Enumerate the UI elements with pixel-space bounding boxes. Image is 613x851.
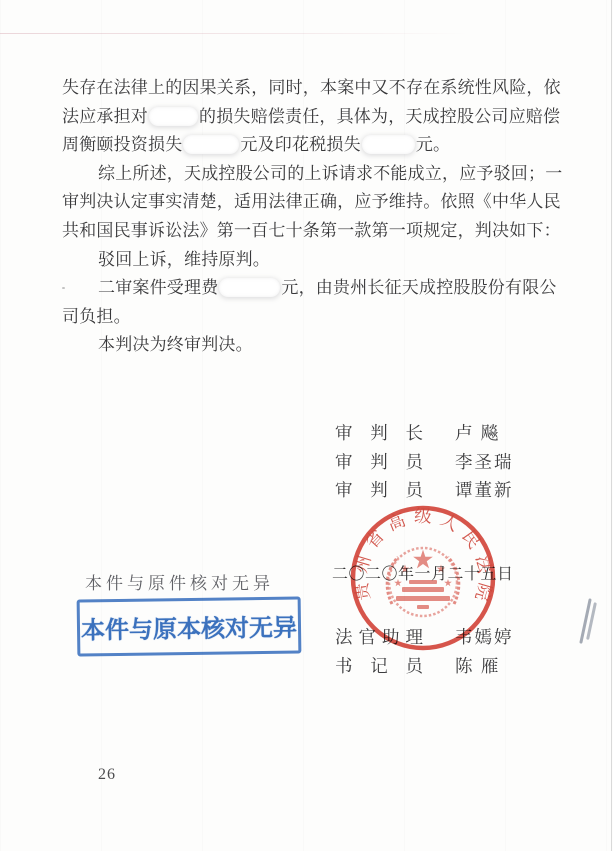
body-line: 驳回上诉，维持原判。 [62, 246, 562, 275]
signature-name: 卢 飚 [455, 419, 500, 448]
body-text-segment: 元及印花税损失 [240, 135, 360, 154]
page-number: 26 [98, 766, 116, 784]
judgment-body: 失存在法律上的因果关系，同时，本案中又不存在系统性风险，依法应承担对的损失赔偿责… [62, 74, 562, 360]
body-text-segment: 失存在法律上的因果关系，同时，本案中又不存在系统性风险，依 [62, 78, 561, 97]
signature-row: 审判员李圣瑞 [335, 448, 423, 477]
body-line: 审判决认定事实清楚，适用法律正确，应予维持。依照《中华人民 [62, 188, 562, 217]
body-line: 综上所述，天成控股公司的上诉请求不能成立，应予驳回；一 [62, 160, 562, 189]
redaction-patch [219, 278, 280, 297]
body-text-segment: 二审案件受理费 [98, 278, 218, 297]
seal-national-emblem [387, 548, 459, 616]
signature-name: 陈 雁 [455, 652, 500, 681]
body-line: 法应承担对的损失赔偿责任，具体为，天成控股公司应赔偿 [62, 103, 562, 132]
judges-block: 审判长卢 飚审判员李圣瑞审判员谭董新 [335, 419, 423, 505]
body-text-segment: 元，由贵州长征天成控股股份有限公 [281, 278, 556, 297]
redaction-patch [149, 107, 198, 126]
body-text-segment: 综上所述，天成控股公司的上诉请求不能成立，应予驳回；一 [98, 164, 562, 183]
body-line: 司负担。 [62, 303, 562, 332]
signature-name: 谭董新 [455, 476, 514, 505]
body-text-segment: 元。 [416, 135, 450, 154]
body-line: 本判决为终审判决。 [62, 331, 562, 360]
scan-fold-line [0, 33, 478, 34]
body-line: 失存在法律上的因果关系，同时，本案中又不存在系统性风险，依 [62, 74, 562, 103]
scanned-judgment-page: 失存在法律上的因果关系，同时，本案中又不存在系统性风险，依法应承担对的损失赔偿责… [0, 0, 613, 851]
pen-mark [584, 598, 600, 648]
verification-printed-text: 本件与原件核对无异 [85, 569, 274, 594]
body-line: 共和国民事诉讼法》第一百七十条第一款第一项规定，判决如下： [62, 217, 562, 246]
scan-speck [545, 205, 547, 207]
body-line: 周衡颐投资损失元及印花税损失元。 [62, 131, 562, 160]
body-text-segment: 共和国民事诉讼法》第一百七十条第一款第一项规定，判决如下： [62, 221, 561, 240]
signature-title: 审判长 [335, 419, 423, 448]
scan-speck [62, 287, 65, 289]
signature-row: 审判长卢 飚 [335, 419, 423, 448]
body-text-segment: 的损失赔偿责任，具体为，天成控股公司应赔偿 [199, 107, 560, 126]
page-edge-shadow [611, 0, 612, 851]
body-line: 二审案件受理费元，由贵州长征天成控股股份有限公 [62, 274, 562, 303]
body-text-segment: 法应承担对 [62, 107, 148, 126]
body-text-segment: 审判决认定事实清楚，适用法律正确，应予维持。依照《中华人民 [62, 192, 561, 211]
signature-row: 书记员陈 雁 [335, 652, 423, 681]
body-text-segment: 司负担。 [62, 307, 131, 326]
body-text-segment: 周衡颐投资损失 [62, 135, 182, 154]
signature-title: 书记员 [335, 652, 423, 681]
verification-stamp: 本件与原本核对无异 [77, 596, 302, 656]
signature-name: 李圣瑞 [455, 448, 514, 477]
signature-row: 审判员谭董新 [335, 476, 423, 505]
body-text-segment: 本判决为终审判决。 [98, 335, 253, 354]
signature-title: 审判员 [335, 476, 423, 505]
body-text-segment: 驳回上诉，维持原判。 [98, 250, 270, 269]
redaction-patch [362, 135, 415, 154]
redaction-patch [183, 135, 239, 154]
court-seal: 贵州省高级人民法院 [347, 502, 499, 654]
signature-title: 审判员 [335, 448, 423, 477]
